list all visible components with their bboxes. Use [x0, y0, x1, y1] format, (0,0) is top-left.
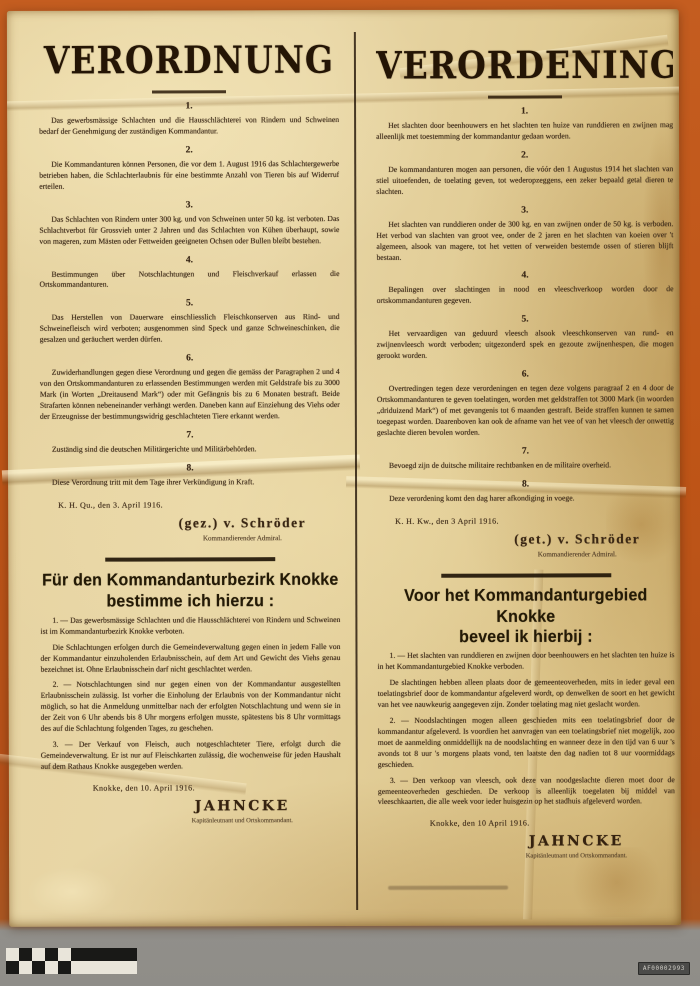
- calibration-row: [6, 948, 137, 961]
- calibration-strip: [6, 948, 137, 974]
- section-text: Die Kommandanturen können Personen, die …: [39, 159, 339, 193]
- section-number: 7.: [377, 446, 674, 457]
- signature-name: (gez.) v. Schröder: [179, 515, 307, 531]
- dutch-column: VERORDENING 1. Het slachten door beenhou…: [376, 31, 675, 924]
- calibration-bar-white: [71, 961, 137, 974]
- section-number: 4.: [376, 271, 673, 282]
- calibration-cell: [6, 948, 19, 961]
- section-number: 8.: [40, 463, 340, 474]
- district-item: 3. — Den verkoop van vleesch, ook deze v…: [378, 775, 675, 809]
- district-heading-line2: beveel ik hierbij :: [377, 626, 674, 647]
- calibration-cell: [58, 961, 71, 974]
- section-text: Zuwiderhandlungen gegen diese Verordnung…: [40, 367, 340, 422]
- section-divider-rule: [105, 557, 275, 561]
- calibration-cell: [58, 948, 71, 961]
- section-number: 5.: [377, 314, 674, 325]
- district-item: De slachtingen hebben alleen plaats door…: [378, 677, 675, 711]
- section-text: Bestimmungen über Notschlachtungen und F…: [39, 269, 339, 292]
- commander-signature-block: JAHNCKE Kapitänleutnant und Ortskommanda…: [192, 798, 293, 824]
- section-text: Diese Verordnung tritt mit dem Tage ihre…: [40, 477, 340, 489]
- german-title: VERORDNUNG: [39, 37, 339, 82]
- german-column: VERORDNUNG 1. Das gewerbsmässige Schlach…: [39, 26, 341, 919]
- section-number: 8.: [377, 479, 674, 490]
- calibration-row: [6, 961, 137, 974]
- district-heading-line2: bestimme ich hierzu :: [40, 590, 340, 611]
- section-text: Bepalingen over slachtingen in nood en v…: [377, 285, 674, 308]
- section-text: Overtredingen tegen deze verordeningen e…: [377, 383, 674, 438]
- commander-title: Kapitänleutnant und Ortskommandant.: [192, 817, 293, 824]
- district-heading: Für den Kommandanturbezirk Knokke bestim…: [40, 570, 340, 612]
- title-rule: [488, 95, 562, 98]
- signature-block: (get.) v. Schröder Kommandierender Admir…: [514, 531, 640, 558]
- dutch-title: VERORDENING: [376, 42, 673, 87]
- district-item: 1. — Das gewerbsmässige Schlachten und d…: [40, 615, 340, 638]
- section-text: Het vervaardigen van geduurd vleesch als…: [377, 328, 674, 362]
- section-text: Das Herstellen von Dauerware einschliess…: [40, 312, 340, 346]
- district-item: 1. — Het slachten van runddieren en zwij…: [377, 650, 674, 673]
- district-item: 2. — Noodslachtingen mogen alleen geschi…: [378, 715, 675, 770]
- district-item: 3. — Der Verkauf von Fleisch, auch notge…: [41, 739, 341, 773]
- section-number: 5.: [40, 298, 340, 309]
- calibration-cell: [19, 948, 32, 961]
- commander-name: JAHNCKE: [526, 834, 627, 850]
- district-heading-line1: Für den Kommandanturbezirk Knokke: [40, 570, 340, 591]
- section-number: 6.: [377, 369, 674, 380]
- commander-name: JAHNCKE: [192, 798, 293, 814]
- section-text: Het slachten van runddieren onder de 300…: [376, 219, 673, 264]
- section-number: 6.: [40, 353, 340, 364]
- section-text: Zuständig sind die deutschen Militärgeri…: [40, 444, 340, 456]
- signature-title: Kommandierender Admiral.: [514, 550, 640, 558]
- section-text: Deze verordening komt den dag harer afko…: [377, 493, 674, 505]
- section-text: Het slachten door beenhouwers en het sla…: [376, 120, 673, 143]
- section-number: 7.: [40, 430, 340, 441]
- column-divider-rule: [354, 32, 358, 910]
- section-text: Das gewerbsmässige Schlachten und die Ha…: [39, 115, 339, 138]
- section-number: 3.: [39, 200, 339, 211]
- proclamation-poster: VERORDNUNG 1. Das gewerbsmässige Schlach…: [7, 9, 681, 927]
- printer-credit-line: [388, 886, 508, 890]
- calibration-cell: [6, 961, 19, 974]
- signature-block: (gez.) v. Schröder Kommandierender Admir…: [179, 515, 307, 542]
- calibration-bar-black: [71, 948, 137, 961]
- section-text: De kommandanturen mogen aan personen, di…: [376, 164, 673, 198]
- district-item: Die Schlachtungen erfolgen durch die Gem…: [40, 642, 340, 676]
- section-number: 3.: [376, 205, 673, 216]
- signature-title: Kommandierender Admiral.: [179, 534, 307, 542]
- calibration-cell: [45, 961, 58, 974]
- district-heading-line1: Voor het Kommandanturgebied Knokke: [377, 585, 674, 627]
- place-date-line: Knokke, den 10. April 1916.: [93, 783, 341, 793]
- commander-title: Kapitänleutnant und Ortskommandant.: [526, 853, 627, 860]
- district-item: 2. — Notschlachtungen sind nur gegen ein…: [41, 679, 341, 734]
- section-number: 2.: [376, 150, 673, 161]
- signature-name: (get.) v. Schröder: [514, 531, 640, 547]
- section-number: 1.: [376, 106, 673, 117]
- title-rule: [152, 90, 226, 93]
- section-number: 1.: [39, 101, 339, 112]
- commander-signature-block: JAHNCKE Kapitänleutnant und Ortskommanda…: [526, 834, 627, 860]
- calibration-cell: [32, 948, 45, 961]
- calibration-cell: [32, 961, 45, 974]
- calibration-cell: [45, 948, 58, 961]
- section-number: 4.: [39, 255, 339, 266]
- section-divider-rule: [441, 573, 611, 577]
- section-text: Bevoegd zijn de duitsche militaire recht…: [377, 460, 674, 472]
- headquarters-date-line: K. H. Kw., den 3 April 1916.: [395, 516, 674, 526]
- headquarters-date-line: K. H. Qu., den 3. April 1916.: [58, 500, 340, 510]
- calibration-cell: [19, 961, 32, 974]
- district-heading: Voor het Kommandanturgebied Knokke bevee…: [377, 585, 674, 648]
- place-date-line: Knokke, den 10 April 1916.: [430, 819, 675, 829]
- section-number: 2.: [39, 145, 339, 156]
- section-text: Das Schlachten von Rindern unter 300 kg.…: [39, 214, 339, 248]
- catalog-label: AF00002993: [638, 962, 690, 975]
